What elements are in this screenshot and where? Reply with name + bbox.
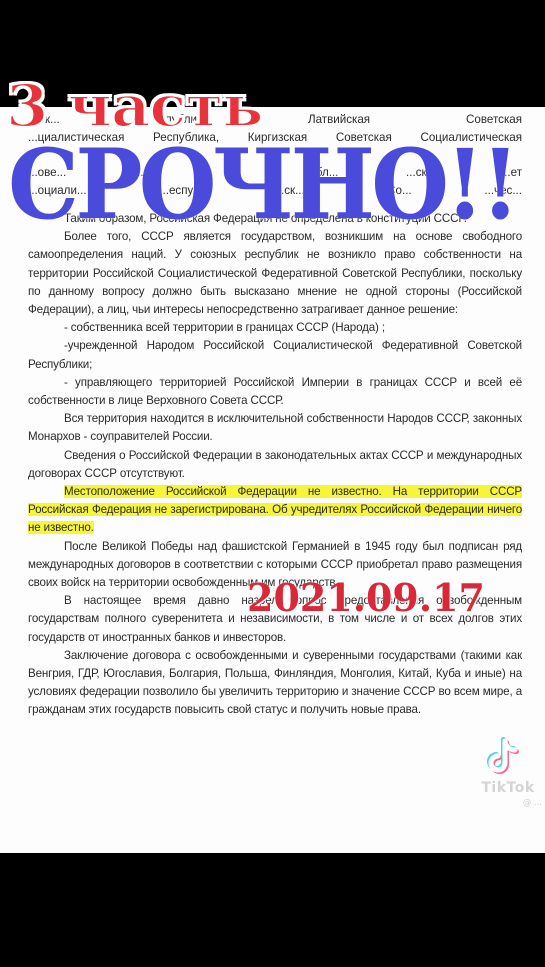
document-paragraph: -учрежденной Народом Российской Социалис… [28, 337, 522, 373]
paragraph-text: Сведения о Российской Федерации в законо… [28, 449, 522, 480]
tiktok-logo-icon [486, 737, 520, 775]
document-paragraph: Вся территория находится в исключительно… [28, 410, 522, 446]
document-paragraph: - собственника всей территории в граница… [28, 319, 522, 337]
highlighted-paragraph: Местоположение Российской Федерации не и… [28, 483, 522, 538]
document-paragraph: Более того, СССР является государством, … [28, 228, 522, 319]
document-body: Таким образом, Российская Федерация не о… [28, 210, 522, 720]
document-paragraph: - управляющего территорией Российской Им… [28, 374, 522, 410]
tiktok-watermark-text: TikTok [478, 780, 538, 796]
paragraph-text: - собственника всей территории в граница… [64, 321, 385, 334]
document-paragraph: Сведения о Российской Федерации в законо… [28, 447, 522, 483]
document-paragraph: Заключение договора с освобожденными и с… [28, 647, 522, 720]
paragraph-text: Вся территория находится в исключительно… [28, 412, 522, 443]
paragraph-text: Заключение договора с освобожденными и с… [28, 649, 522, 717]
paragraph-text: - управляющего территорией Российской Им… [28, 376, 522, 407]
paragraph-text: Более того, СССР является государством, … [28, 230, 522, 316]
paragraph-text: -учрежденной Народом Российской Социалис… [28, 339, 522, 370]
tiktok-username: @ ... [462, 798, 542, 808]
urgent-label: СРОЧНО!! [8, 128, 516, 241]
date-label: 2021.09.17 [247, 575, 485, 620]
paragraph-text: Местоположение Российской Федерации не и… [28, 485, 522, 534]
